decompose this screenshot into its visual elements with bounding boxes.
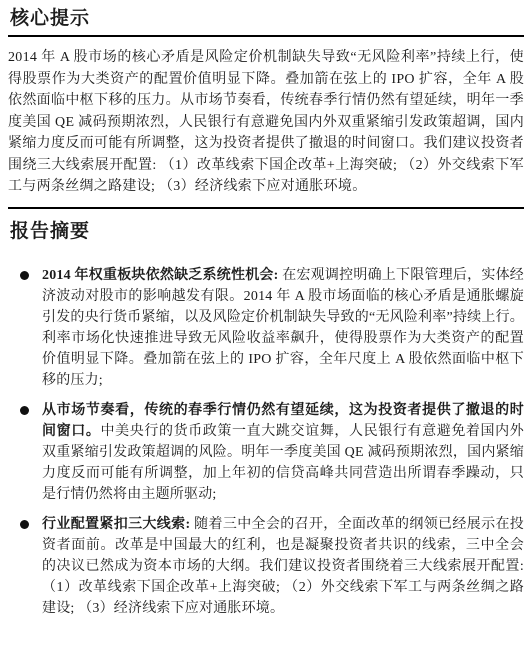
summary-bullet-1-lead: 2014 年权重板块依然缺乏系统性机会: [42,268,282,283]
summary-bullet-3-lead: 行业配置紧扣三大线索: [42,517,194,532]
summary-bullet-2: 从市场节奏看，传统的春季行情仍然有望延续，这为投资者提供了撤退的时间窗口。中美央… [42,400,524,505]
list-item: 2014 年权重板块依然缺乏系统性机会: 在宏观调控明确上下限管理后，实体经济波… [8,265,524,391]
summary-list: 2014 年权重板块依然缺乏系统性机会: 在宏观调控明确上下限管理后，实体经济波… [8,265,524,619]
bullet-icon [20,406,29,415]
summary-bullet-1: 2014 年权重板块依然缺乏系统性机会: 在宏观调控明确上下限管理后，实体经济波… [42,265,524,391]
list-item: 从市场节奏看，传统的春季行情仍然有望延续，这为投资者提供了撤退的时间窗口。中美央… [8,400,524,505]
summary-bullet-3: 行业配置紧扣三大线索: 随着三中全会的召开，全面改革的纲领已经展示在投资者面前。… [42,514,524,619]
report-page: 核心提示 2014 年 A 股市场的核心矛盾是风险定价机制缺失导致“无风险利率”… [0,0,532,649]
bullet-icon [20,271,29,280]
summary-bullet-1-body: 在宏观调控明确上下限管理后，实体经济波动对股市的影响越发有限。2014 年 A … [42,268,524,388]
summary-bullet-2-body: 中美央行的货币政策一直大跳交谊舞，人民银行有意避免着国内外双重紧缩引发政策超调的… [42,424,524,502]
core-tips-heading: 核心提示 [8,6,524,32]
divider-under-core-tips [8,35,524,37]
divider-above-summary [8,207,524,209]
core-tips-paragraph: 2014 年 A 股市场的核心矛盾是风险定价机制缺失导致“无风险利率”持续上行，… [8,47,524,198]
list-item: 行业配置紧扣三大线索: 随着三中全会的召开，全面改革的纲领已经展示在投资者面前。… [8,514,524,619]
bullet-icon [20,520,29,529]
summary-heading: 报告摘要 [8,219,524,245]
